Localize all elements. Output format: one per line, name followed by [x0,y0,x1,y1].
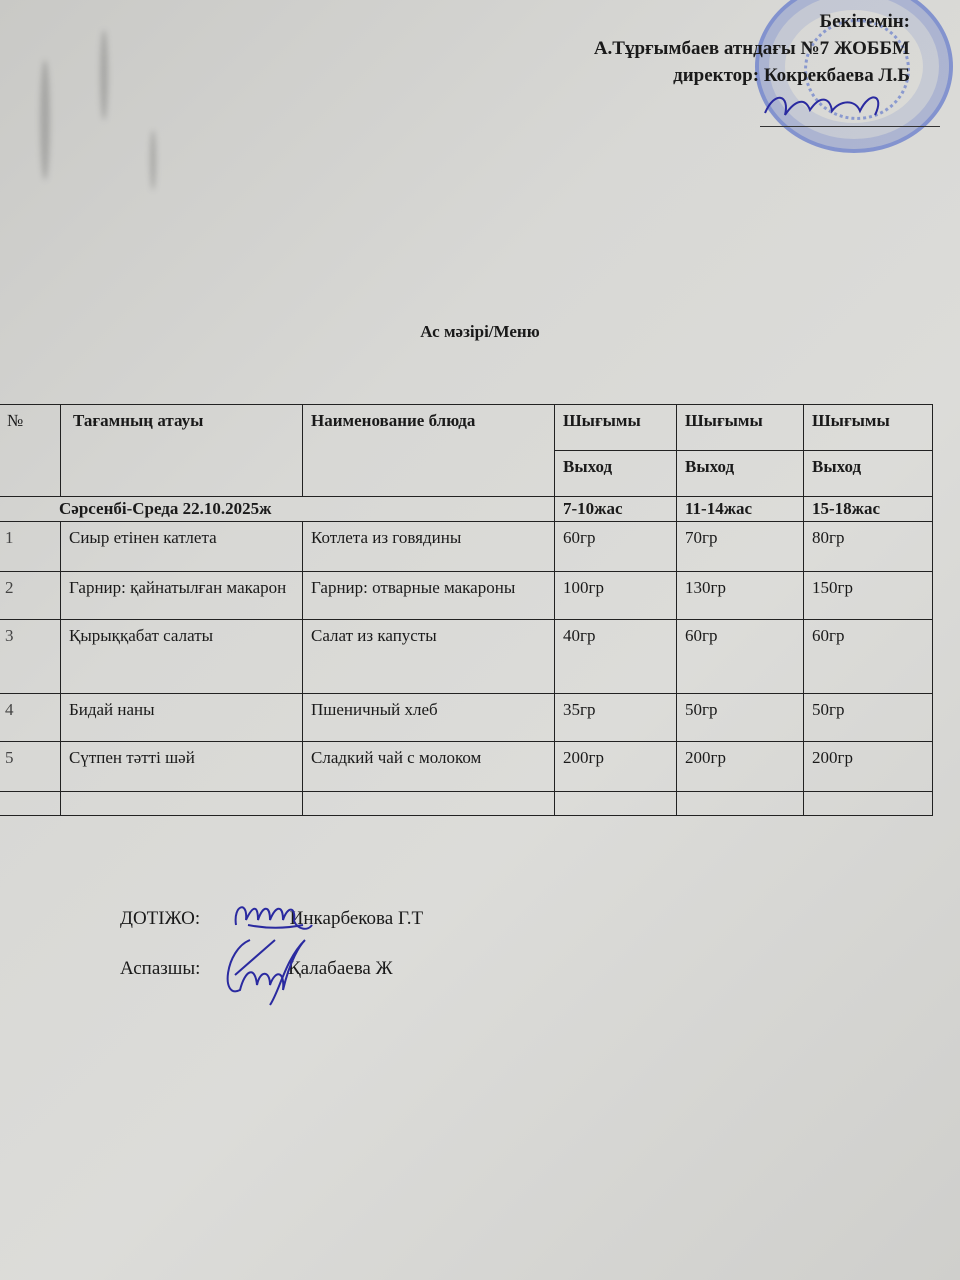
approval-block: Бекітемін: А.Тұрғымбаев атндағы №7 ЖОББМ… [594,8,910,89]
header-yield-ru: Выход [555,451,677,497]
dish-name-kz: Гарнир: қайнатылған макарон [61,572,303,620]
portion: 50гр [677,694,804,742]
dish-name-ru: Котлета из говядины [303,522,555,572]
row-number: 1 [0,522,61,572]
header-number: № [0,405,61,497]
portion: 60гр [804,620,933,694]
dish-name-ru: Сладкий чай с молоком [303,742,555,792]
header-yield-ru: Выход [804,451,933,497]
dish-name-kz: Қырыққабат салаты [61,620,303,694]
portion: 50гр [804,694,933,742]
portion: 70гр [677,522,804,572]
table-row: 4 Бидай наны Пшеничный хлеб 35гр 50гр 50… [0,694,933,742]
table-row-empty [0,792,933,816]
table-row: 5 Сүтпен тәтті шәй Сладкий чай с молоком… [0,742,933,792]
age-group: 15-18жас [804,497,933,522]
dish-name-kz: Сүтпен тәтті шәй [61,742,303,792]
age-group: 7-10жас [555,497,677,522]
portion: 40гр [555,620,677,694]
header-yield-ru: Выход [677,451,804,497]
portion: 130гр [677,572,804,620]
table-row: 3 Қырыққабат салаты Салат из капусты 40г… [0,620,933,694]
organization-name: А.Тұрғымбаев атндағы №7 ЖОББМ [594,35,910,62]
header-yield-kz: Шығымы [677,405,804,451]
row-number: 4 [0,694,61,742]
dish-name-ru: Салат из капусты [303,620,555,694]
portion: 35гр [555,694,677,742]
header-name-kz: Тағамның атауы [61,405,303,497]
header-yield-kz: Шығымы [804,405,933,451]
signature-role: Аспазшы: [120,958,200,979]
header-yield-kz: Шығымы [555,405,677,451]
paper-stain [40,60,50,180]
row-number: 3 [0,620,61,694]
handwritten-signature-icon [215,930,310,1010]
dish-name-kz: Бидай наны [61,694,303,742]
portion: 60гр [677,620,804,694]
signature-role: ДОТІЖО: [120,908,200,929]
dish-name-kz: Сиыр етінен катлета [61,522,303,572]
menu-table: № Тағамның атауы Наименование блюда Шығы… [0,404,933,816]
portion: 80гр [804,522,933,572]
portion: 200гр [677,742,804,792]
day-label: Сәрсенбі-Среда 22.10.2025ж [0,497,555,522]
signature-line [760,126,940,127]
dish-name-ru: Пшеничный хлеб [303,694,555,742]
portion: 150гр [804,572,933,620]
portion: 200гр [804,742,933,792]
row-number: 2 [0,572,61,620]
director-signature-icon [760,85,890,125]
portion: 100гр [555,572,677,620]
paper-stain [100,30,108,120]
portion: 200гр [555,742,677,792]
approval-label: Бекітемін: [594,8,910,35]
paper-stain [150,130,156,190]
table-row: 2 Гарнир: қайнатылған макарон Гарнир: от… [0,572,933,620]
portion: 60гр [555,522,677,572]
header-name-ru: Наименование блюда [303,405,555,497]
dish-name-ru: Гарнир: отварные макароны [303,572,555,620]
page-title: Ас мәзірі/Меню [0,322,960,342]
row-number: 5 [0,742,61,792]
table-row: 1 Сиыр етінен катлета Котлета из говядин… [0,522,933,572]
age-group: 11-14жас [677,497,804,522]
